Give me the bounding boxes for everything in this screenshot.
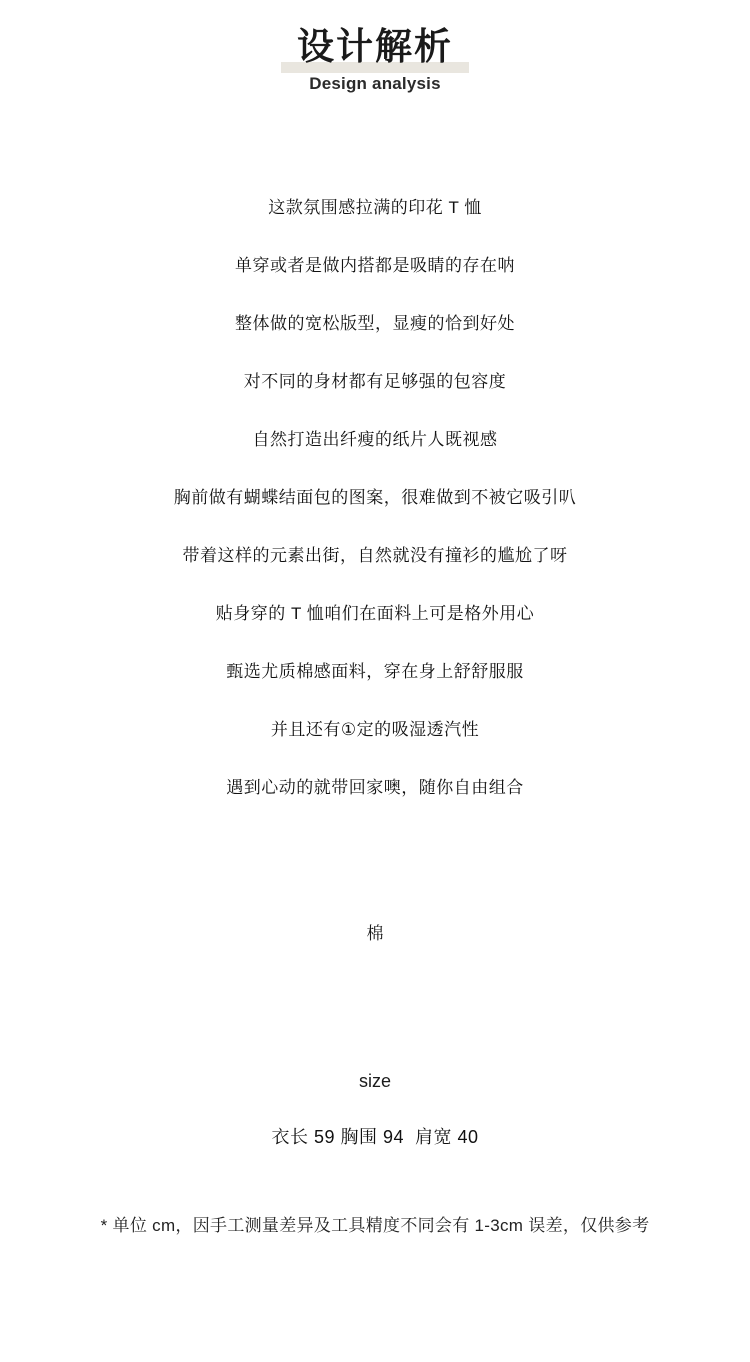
- page-subtitle: Design analysis: [0, 73, 750, 95]
- description-line: 单穿或者是做内搭都是吸睛的存在呐: [0, 237, 750, 295]
- description-line: 这款氛围感拉满的印花 T 恤: [0, 179, 750, 237]
- description-section: 这款氛围感拉满的印花 T 恤 单穿或者是做内搭都是吸睛的存在呐 整体做的宽松版型…: [0, 179, 750, 817]
- description-line: 带着这样的元素出街，自然就没有撞衫的尴尬了呀: [0, 527, 750, 585]
- fabric-label: 棉: [0, 924, 750, 944]
- description-line: 整体做的宽松版型，显瘦的恰到好处: [0, 295, 750, 353]
- measurement-disclaimer: * 单位 cm，因手工测量差异及工具精度不同会有 1-3cm 误差，仅供参考: [0, 1214, 750, 1238]
- size-measurements: 衣长 59 胸围 94 肩宽 40: [0, 1125, 750, 1149]
- product-detail-page: 设计解析 Design analysis 这款氛围感拉满的印花 T 恤 单穿或者…: [0, 0, 750, 1362]
- page-title: 设计解析: [0, 26, 750, 68]
- description-line: 并且还有①定的吸湿透汽性: [0, 701, 750, 759]
- description-line: 甄选尤质棉感面料，穿在身上舒舒服服: [0, 643, 750, 701]
- description-line: 自然打造出纤瘦的纸片人既视感: [0, 411, 750, 469]
- description-line: 遇到心动的就带回家噢，随你自由组合: [0, 759, 750, 817]
- description-line: 对不同的身材都有足够强的包容度: [0, 353, 750, 411]
- description-line: 胸前做有蝴蝶结面包的图案，很难做到不被它吸引叭: [0, 469, 750, 527]
- size-heading: size: [0, 1069, 750, 1093]
- description-line: 贴身穿的 T 恤咱们在面料上可是格外用心: [0, 585, 750, 643]
